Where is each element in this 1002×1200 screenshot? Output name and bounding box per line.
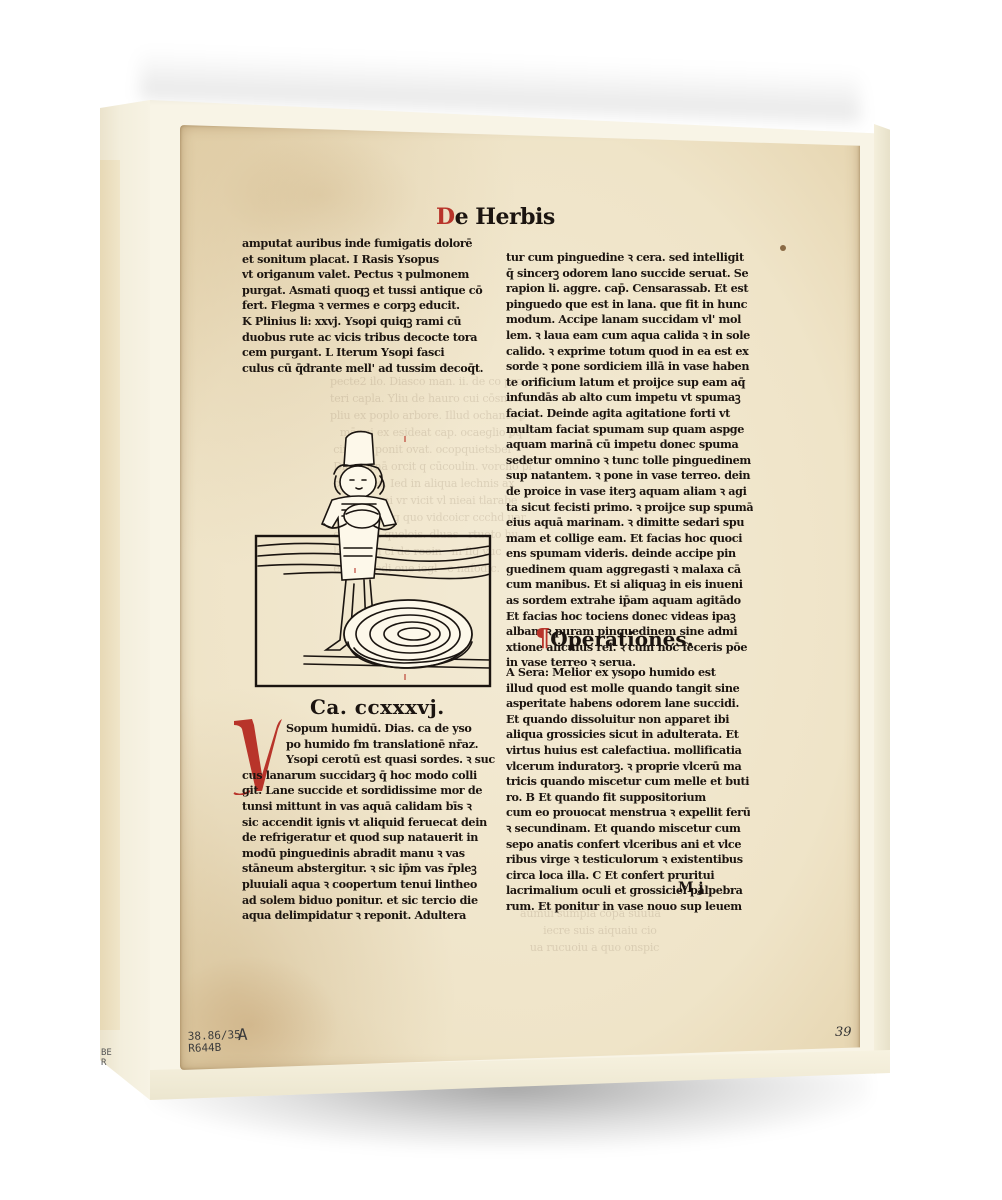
text-line: vt origanum valet. Pectus ꝛ pulmonem [242,267,483,283]
running-head-initial: D [436,204,455,230]
text-line: aquam marinā cū impetu donec spuma [506,437,753,453]
text-line: mam et collige eam. Et facias hoc quoci [506,531,753,547]
text-line: sic accendit ignis vt aliquid feruecat d… [242,815,487,831]
text-line: ad solem biduo ponitur. et sic tercio di… [242,893,487,909]
text-line: cum manibus. Et si aliquaꝫ in eis inueni [506,577,753,593]
text-line: duobus rute ac vicis tribus decocte tora [242,330,483,346]
text-line: modum. Accipe lanam succidam vl' mol [506,312,753,328]
text-line: culus cū q̄drante mell' ad tussim decoq̄… [242,361,483,377]
text-line: pinguedo que est in lana. que fit in hun… [506,297,753,313]
text-line: tur cum pinguedine ꝛ cera. sed intelligi… [506,250,753,266]
foxing-stain [780,245,786,251]
text-line: multam faciat spumam sup quam aspge [506,422,753,438]
side-accession-fragment: BE R [101,1048,112,1068]
text-line: aqua delimpidatur ꝛ reponit. Adultera [242,908,487,924]
text-line: Et quando dissoluitur non apparet ibi [506,712,750,728]
text-line: tunsi mittunt in vas aquā calidam bīs ꝛ [242,799,487,815]
accession-letter: A [238,1029,248,1041]
text-line: circa loca illa. C Et confert pruritui [506,868,750,884]
signature-mark: M j [678,880,703,896]
text-line: te orificium latum et proijce sup eam aq… [506,375,753,391]
text-line: calido. ꝛ exprime totum quod in ea est e… [506,344,753,360]
text-line: as sordem extrahe ip̄am aquam agitādo [506,593,753,609]
text-line: po humido fm translationē nr̄az. [286,737,495,753]
text-line: cem purgant. L Iterum Ysopi fasci [242,345,483,361]
left-column-top: amputat auribus inde fumigatis dolorē et… [242,236,483,376]
text-line: Ysopi cerotū est quasi sordes. ꝛ suc [286,752,495,768]
text-line: aliqua grossicies sicut in adulterata. E… [506,727,750,743]
accession-note: 38.86/35 R644B A [188,1029,242,1055]
section-heading-operationes: ¶Operationes. [535,623,694,652]
text-line: git. Lane succide et sordidissime mor de [242,783,487,799]
right-column: tur cum pinguedine ꝛ cera. sed intelligi… [506,250,753,671]
text-line: Sopum humidū. Dias. ca de yso [286,721,495,737]
woodcut-illustration [254,428,494,690]
text-line: ro. B Et quando fit suppositorium [506,790,750,806]
text-line: K Plinius li: xxvj. Ysopi quiqꝫ rami cū [242,314,483,330]
running-head: De Herbis [436,204,555,230]
text-line: purgat. Asmati quoqꝫ et tussi antique cō [242,283,483,299]
text-line: rum. Et ponitur in vase nouo sup leuem [506,899,750,915]
chapter-heading-text: Ca. ccxxxvj. [310,695,445,719]
text-line: q̄ sincerꝫ odorem lano succide seruat. S… [506,266,753,282]
text-line: Et facias hoc tociens donec videas ipaꝫ [506,609,753,625]
side-label-line-1: BE [101,1048,112,1058]
text-line: de refrigeratur et quod sup natauerit in [242,830,487,846]
text-line: sorde ꝛ pone sordiciem illā in vase habe… [506,359,753,375]
text-line: sedetur omnino ꝛ tunc tolle pinguedinem [506,453,753,469]
pilcrow-icon: ¶ [535,623,550,652]
text-line: fert. Flegma ꝛ vermes e corpꝫ educit. [242,298,483,314]
text-line: amputat auribus inde fumigatis dolorē [242,236,483,252]
text-line: A Sera: Melior ex ysopo humido est [506,665,750,681]
text-line: lacrimalium oculi et grossiciei palpebra [506,883,750,899]
accession-line-2: R644B [188,1041,241,1055]
text-line: asperitate habens odorem lane succidi. [506,696,750,712]
text-line: faciat. Deinde agita agitatione forti vt [506,406,753,422]
text-line: stāneum abstergitur. ꝛ sic ip̄m vas r̄pl… [242,861,487,877]
text-line: cus lanarum succidarꝫ q̄ hoc modo colli [242,768,487,784]
canvas-left-side-print-wrap [100,160,120,1030]
side-label-line-2: R [101,1058,112,1068]
text-line: pluuiali aqua ꝛ coopertum tenui lintheo [242,877,487,893]
text-line: tricis quando miscetur cum melle et buti [506,774,750,790]
left-column-chapter-continued: cus lanarum succidarꝫ q̄ hoc modo colli … [242,768,487,924]
canvas-right-edge [874,124,890,1074]
text-line: ta sicut fecisti primo. ꝛ proijce sup sp… [506,500,753,516]
text-line: guedinem quam aggregasti ꝛ malaxa cā [506,562,753,578]
text-line: ribus virge ꝛ testiculorum ꝛ existentibu… [506,852,750,868]
text-line: illud quod est molle quando tangit sine [506,681,750,697]
text-line: sup natantem. ꝛ pone in vase terreo. dei… [506,468,753,484]
folio-number: 39 [835,1025,852,1040]
left-column-chapter: Sopum humidū. Dias. ca de yso po humido … [286,721,495,768]
text-line: eius aquā marinam. ꝛ dimitte sedari spu [506,515,753,531]
text-line: virtus huius est calefactiua. mollificat… [506,743,750,759]
text-line: cum eo prouocat menstrua ꝛ expellit ferū [506,805,750,821]
printed-leaf: pecte2 ilo. Diasco man. ii. de co pro te… [180,125,860,1070]
text-line: ens spumam videris. deinde accipe pin [506,546,753,562]
text-line: sepo anatis confert vlceribus ani et vlc… [506,837,750,853]
text-line: infundās ab alto cum impetu vt spumaꝫ [506,390,753,406]
section-heading-text: Operationes. [550,627,693,651]
text-line: rapion li. aggre. cap̄. Censarassab. Et … [506,281,753,297]
text-line: lem. ꝛ laua eam cum aqua calida ꝛ in sol… [506,328,753,344]
running-head-text: e Herbis [455,204,555,230]
text-line: et sonitum placat. I Rasis Ysopus [242,252,483,268]
text-line: de proice in vase iterꝫ aquam aliam ꝛ ag… [506,484,753,500]
text-line: ꝛ secundinam. Et quando miscetur cum [506,821,750,837]
text-line: modū pinguedinis abradit manu ꝛ vas [242,846,487,862]
chapter-heading: Ca. ccxxxvj. [310,695,445,719]
text-line: vlcerum induratorꝫ. ꝛ proprie vlcerū ma [506,759,750,775]
right-column-operationes: A Sera: Melior ex ysopo humido est illud… [506,665,750,915]
